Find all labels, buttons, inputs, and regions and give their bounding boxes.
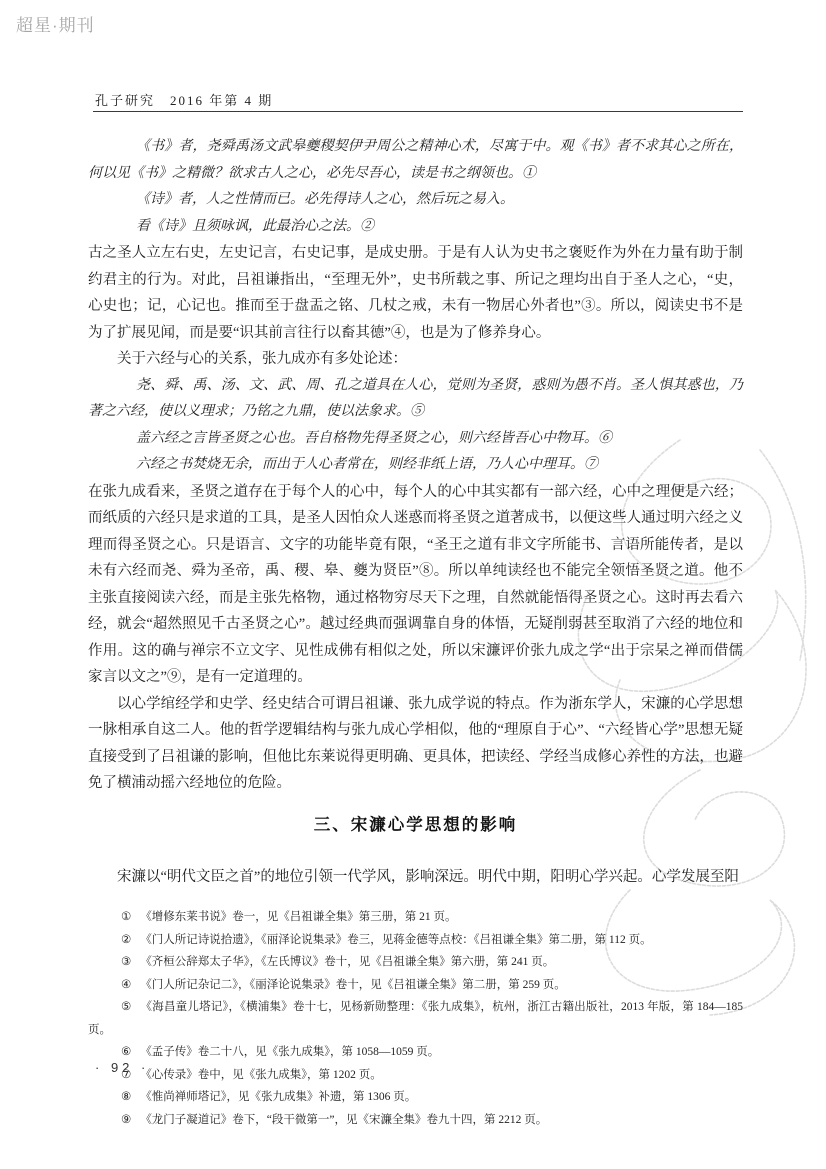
footnote-marker: ①	[121, 911, 131, 923]
footnote-text: 《龙门子凝道记》卷下，“段干微第一”，见《宋濂全集》卷九十四，第 2212 页。	[140, 1114, 547, 1126]
footnotes-section: ①《增修东莱书说》卷一，见《吕祖谦全集》第三册，第 21 页。 ②《门人所记诗说…	[88, 906, 743, 1131]
para-zhang-jiucheng-view: 在张九成看来，圣贤之道存在于每个人的心中，每个人的心中其实都有一部六经，心中之理…	[88, 479, 743, 691]
quote-six-classics-heart: 盖六经之言皆圣贤之心也。吾自格物先得圣贤之心，则六经皆吾心中物耳。⑥	[88, 426, 743, 453]
para-xinxue-summary: 以心学绾经学和史学、经史结合可谓吕祖谦、张九成学说的特点。作为浙东学人，宋濂的心…	[88, 691, 743, 797]
footnote-text: 《齐桓公辞郑太子华》，《左氏博议》卷十，见《吕祖谦全集》第六册，第 241 页。	[140, 956, 554, 968]
footnote-6: ⑥《孟子传》卷二十八，见《张九成集》，第 1058—1059 页。	[88, 1041, 743, 1064]
footnote-marker: ⑨	[121, 1114, 131, 1126]
quote-sages-dao: 尧、舜、禹、汤、文、武、周、孔之道具在人心，觉则为圣贤，惑则为愚不肖。圣人惧其惑…	[88, 373, 743, 426]
footnote-3: ③《齐桓公辞郑太子华》，《左氏博议》卷十，见《吕祖谦全集》第六册，第 241 页…	[88, 951, 743, 974]
footnote-1: ①《增修东莱书说》卷一，见《吕祖谦全集》第三册，第 21 页。	[88, 906, 743, 929]
footnote-marker: ⑧	[121, 1091, 131, 1103]
quote-shi-classic: 《诗》者，人之性情而已。必先得诗人之心，然后玩之易入。	[88, 187, 743, 214]
chaoxing-brand-label: 超星·期刊	[16, 11, 95, 36]
footnote-4: ④《门人所记杂记二》，《丽泽论说集录》卷十，见《吕祖谦全集》第二册，第 259 …	[88, 974, 743, 997]
footnote-text: 《门人所记诗说拾遗》，《丽泽论说集录》卷三，见蒋金德等点校：《吕祖谦全集》第二册…	[140, 934, 651, 946]
footnote-8: ⑧《惟尚禅师塔记》，见《张九成集》补遗，第 1306 页。	[88, 1086, 743, 1109]
footnote-marker: ④	[121, 979, 131, 991]
para-six-classics-intro: 关于六经与心的关系，张九成亦有多处论述：	[88, 346, 743, 373]
footnote-9: ⑨《龙门子凝道记》卷下，“段干微第一”，见《宋濂全集》卷九十四，第 2212 页…	[88, 1109, 743, 1132]
footnote-7: ⑦《心传录》卷中，见《张九成集》，第 1202 页。	[88, 1064, 743, 1087]
footnote-text: 《增修东莱书说》卷一，见《吕祖谦全集》第三册，第 21 页。	[140, 911, 456, 923]
footnote-text: 《惟尚禅师塔记》，见《张九成集》补遗，第 1306 页。	[140, 1091, 416, 1103]
footnote-text: 《孟子传》卷二十八，见《张九成集》，第 1058—1059 页。	[140, 1046, 439, 1058]
footnote-2: ②《门人所记诗说拾遗》，《丽泽论说集录》卷三，见蒋金德等点校：《吕祖谦全集》第二…	[88, 929, 743, 952]
page-number: · 92 ·	[95, 1060, 149, 1075]
para-history-books: 古之圣人立左右史，左史记言，右史记事，是成史册。于是有人认为史书之褒贬作为外在力…	[88, 240, 743, 346]
text-column: 《书》者，尧舜禹汤文武皋夔稷契伊尹周公之精神心术，尽寓于中。观《书》者不求其心之…	[88, 134, 743, 1131]
journal-page: 超星·期刊 孔子研究 2016 年第 4 期 《书》者，尧舜禹汤文武皋夔稷契伊尹…	[0, 0, 826, 1169]
footnote-marker: ⑥	[121, 1046, 131, 1058]
section-heading-three: 三、宋濂心学思想的影响	[88, 811, 743, 838]
header-divider	[93, 111, 743, 112]
quote-burned-books: 六经之书焚烧无余，而出于人心者常在，则经非纸上语，乃人心中理耳。⑦	[88, 452, 743, 479]
footnote-marker: ⑤	[121, 1001, 132, 1013]
para-song-lian-influence: 宋濂以“明代文臣之首”的地位引领一代学风，影响深远。明代中期，阳明心学兴起。心学…	[88, 864, 743, 891]
footnote-marker: ②	[121, 934, 131, 946]
footnote-5: ⑤《海昌童儿塔记》，《横浦集》卷十七，见杨新勋整理：《张九成集》，杭州，浙江古籍…	[88, 996, 743, 1041]
footnote-text: 《海昌童儿塔记》，《横浦集》卷十七，见杨新勋整理：《张九成集》，杭州，浙江古籍出…	[88, 1001, 743, 1036]
quote-shu-classic: 《书》者，尧舜禹汤文武皋夔稷契伊尹周公之精神心术，尽寓于中。观《书》者不求其心之…	[88, 134, 743, 187]
article-body: 《书》者，尧舜禹汤文武皋夔稷契伊尹周公之精神心术，尽寓于中。观《书》者不求其心之…	[88, 134, 743, 890]
footnote-marker: ③	[121, 956, 131, 968]
footnote-text: 《心传录》卷中，见《张九成集》，第 1202 页。	[140, 1069, 382, 1081]
footnote-text: 《门人所记杂记二》，《丽泽论说集录》卷十，见《吕祖谦全集》第二册，第 259 页…	[140, 979, 566, 991]
journal-issue-header: 孔子研究 2016 年第 4 期	[95, 90, 273, 109]
quote-shi-reading: 看《诗》且须咏讽，此最治心之法。②	[88, 214, 743, 241]
